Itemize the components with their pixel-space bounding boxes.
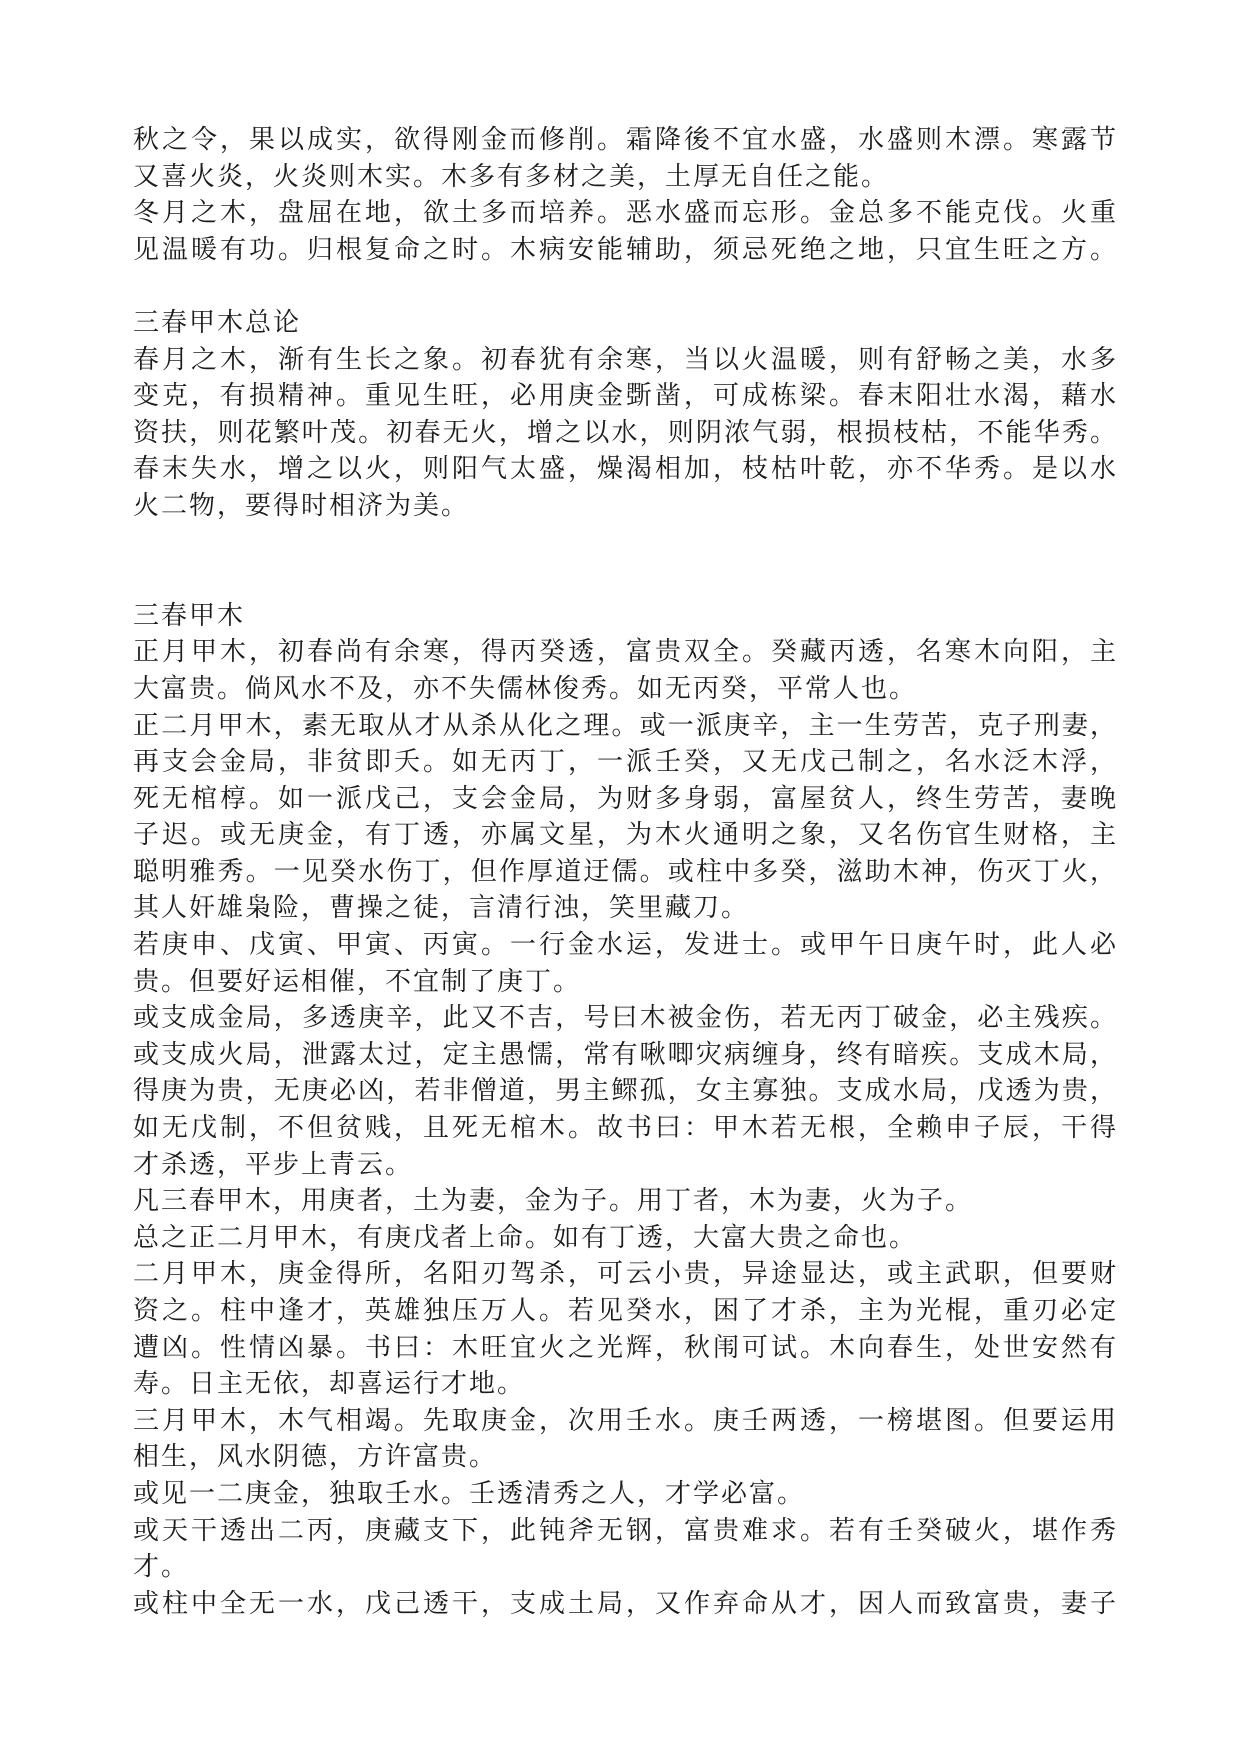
text-line: 才杀透，平步上青云。 bbox=[133, 1147, 1118, 1184]
text-line: 或见一二庚金，独取壬水。壬透清秀之人，才学必富。 bbox=[133, 1476, 1118, 1513]
paragraph: 冬月之木，盘屈在地，欲土多而培养。恶水盛而忘形。金总多不能克伐。火重见温暖有功。… bbox=[133, 195, 1118, 268]
paragraph: 若庚申、戊寅、甲寅、丙寅。一行金水运，发进士。或甲午日庚午时，此人必贵。但要好运… bbox=[133, 927, 1118, 1000]
text-line: 或支成金局，多透庚辛，此又不吉，号曰木被金伤，若无丙丁破金，必主残疾。 bbox=[133, 1000, 1118, 1037]
text-line: 遭凶。性情凶暴。书曰：木旺宜火之光辉，秋闱可试。木向春生，处世安然有 bbox=[133, 1330, 1118, 1367]
text-line: 或天干透出二丙，庚藏支下，此钝斧无钢，富贵难求。若有壬癸破火，堪作秀 bbox=[133, 1513, 1118, 1550]
text-line: 子迟。或无庚金，有丁透，亦属文星，为木火通明之象，又名伤官生财格，主 bbox=[133, 817, 1118, 854]
text-line: 凡三春甲木，用庚者，土为妻，金为子。用丁者，木为妻，火为子。 bbox=[133, 1183, 1118, 1220]
heading-line: 三春甲木 bbox=[133, 598, 1118, 635]
paragraph: 二月甲木，庚金得所，名阳刃驾杀，可云小贵，异途显达，或主武职，但要财资之。柱中逢… bbox=[133, 1256, 1118, 1402]
text-line: 三月甲木，木气相竭。先取庚金，次用壬水。庚壬两透，一榜堪图。但要运用 bbox=[133, 1403, 1118, 1440]
blank-line bbox=[133, 561, 1118, 598]
text-line: 秋之令，果以成实，欲得刚金而修削。霜降後不宜水盛，水盛则木漂。寒露节 bbox=[133, 122, 1118, 159]
text-line: 寿。日主无依，却喜运行才地。 bbox=[133, 1366, 1118, 1403]
text-line: 贵。但要好运相催，不宜制了庚丁。 bbox=[133, 964, 1118, 1001]
text-line: 或柱中全无一水，戊己透干，支成土局，又作弃命从才，因人而致富贵，妻子 bbox=[133, 1586, 1118, 1623]
text-line: 资扶，则花繁叶茂。初春无火，增之以水，则阴浓气弱，根损枝枯，不能华秀。 bbox=[133, 415, 1118, 452]
text-line: 大富贵。倘风水不及，亦不失儒林俊秀。如无丙癸，平常人也。 bbox=[133, 671, 1118, 708]
paragraph: 正月甲木，初春尚有余寒，得丙癸透，富贵双全。癸藏丙透，名寒木向阳，主大富贵。倘风… bbox=[133, 634, 1118, 707]
text-line: 其人奸雄枭险，曹操之徒，言清行浊，笑里藏刀。 bbox=[133, 890, 1118, 927]
text-line: 春月之木，渐有生长之象。初春犹有余寒，当以火温暖，则有舒畅之美，水多 bbox=[133, 342, 1118, 379]
text-line: 总之正二月甲木，有庚戊者上命。如有丁透，大富大贵之命也。 bbox=[133, 1220, 1118, 1257]
text-line: 再支会金局，非贫即夭。如无丙丁，一派壬癸，又无戊己制之，名水泛木浮， bbox=[133, 744, 1118, 781]
text-content: 秋之令，果以成实，欲得刚金而修削。霜降後不宜水盛，水盛则木漂。寒露节又喜火炎，火… bbox=[133, 122, 1118, 1622]
text-line: 火二物，要得时相济为美。 bbox=[133, 488, 1118, 525]
blank-line bbox=[133, 525, 1118, 562]
paragraph: 秋之令，果以成实，欲得刚金而修削。霜降後不宜水盛，水盛则木漂。寒露节又喜火炎，火… bbox=[133, 122, 1118, 195]
text-line: 资之。柱中逢才，英雄独压万人。若见癸水，困了才杀，主为光棍，重刃必定 bbox=[133, 1293, 1118, 1330]
paragraph: 或见一二庚金，独取壬水。壬透清秀之人，才学必富。 bbox=[133, 1476, 1118, 1513]
paragraph: 或柱中全无一水，戊己透干，支成土局，又作弃命从才，因人而致富贵，妻子 bbox=[133, 1586, 1118, 1623]
paragraph: 正二月甲木，素无取从才从杀从化之理。或一派庚辛，主一生劳苦，克子刑妻，再支会金局… bbox=[133, 708, 1118, 928]
text-line: 又喜火炎，火炎则木实。木多有多材之美，土厚无自任之能。 bbox=[133, 159, 1118, 196]
text-line: 变克，有损精神。重见生旺，必用庚金斲凿，可成栋梁。春末阳壮水渴，藉水 bbox=[133, 378, 1118, 415]
heading-line: 三春甲木总论 bbox=[133, 305, 1118, 342]
text-line: 聪明雅秀。一见癸水伤丁，但作厚道迂儒。或柱中多癸，滋助木神，伤灭丁火， bbox=[133, 854, 1118, 891]
document-page: 秋之令，果以成实，欲得刚金而修削。霜降後不宜水盛，水盛则木漂。寒露节又喜火炎，火… bbox=[0, 0, 1241, 1754]
section-heading: 三春甲木总论 bbox=[133, 305, 1118, 342]
section-heading: 三春甲木 bbox=[133, 598, 1118, 635]
paragraph: 三月甲木，木气相竭。先取庚金，次用壬水。庚壬两透，一榜堪图。但要运用相生，风水阴… bbox=[133, 1403, 1118, 1476]
text-line: 冬月之木，盘屈在地，欲土多而培养。恶水盛而忘形。金总多不能克伐。火重 bbox=[133, 195, 1118, 232]
text-line: 死无棺椁。如一派戊己，支会金局，为财多身弱，富屋贫人，终生劳苦，妻晚 bbox=[133, 781, 1118, 818]
text-line: 相生，风水阴德，方许富贵。 bbox=[133, 1439, 1118, 1476]
paragraph: 总之正二月甲木，有庚戊者上命。如有丁透，大富大贵之命也。 bbox=[133, 1220, 1118, 1257]
text-line: 得庚为贵，无庚必凶，若非僧道，男主鳏孤，女主寡独。支成水局，戊透为贵， bbox=[133, 1073, 1118, 1110]
blank-line bbox=[133, 268, 1118, 305]
text-line: 若庚申、戊寅、甲寅、丙寅。一行金水运，发进士。或甲午日庚午时，此人必 bbox=[133, 927, 1118, 964]
text-line: 二月甲木，庚金得所，名阳刃驾杀，可云小贵，异途显达，或主武职，但要财 bbox=[133, 1256, 1118, 1293]
text-line: 春末失水，增之以火，则阳气太盛，燥渴相加，枝枯叶乾，亦不华秀。是以水 bbox=[133, 451, 1118, 488]
text-line: 才。 bbox=[133, 1549, 1118, 1586]
paragraph: 凡三春甲木，用庚者，土为妻，金为子。用丁者，木为妻，火为子。 bbox=[133, 1183, 1118, 1220]
text-line: 如无戊制，不但贫贱，且死无棺木。故书曰：甲木若无根，全赖申子辰，干得 bbox=[133, 1110, 1118, 1147]
text-line: 见温暖有功。归根复命之时。木病安能辅助，须忌死绝之地，只宜生旺之方。 bbox=[133, 232, 1118, 269]
text-line: 或支成火局，泄露太过，定主愚懦，常有啾唧灾病缠身，终有暗疾。支成木局， bbox=[133, 1037, 1118, 1074]
text-line: 正二月甲木，素无取从才从杀从化之理。或一派庚辛，主一生劳苦，克子刑妻， bbox=[133, 708, 1118, 745]
text-line: 正月甲木，初春尚有余寒，得丙癸透，富贵双全。癸藏丙透，名寒木向阳，主 bbox=[133, 634, 1118, 671]
paragraph: 或支成金局，多透庚辛，此又不吉，号曰木被金伤，若无丙丁破金，必主残疾。或支成火局… bbox=[133, 1000, 1118, 1183]
paragraph: 春月之木，渐有生长之象。初春犹有余寒，当以火温暖，则有舒畅之美，水多变克，有损精… bbox=[133, 342, 1118, 525]
paragraph: 或天干透出二丙，庚藏支下，此钝斧无钢，富贵难求。若有壬癸破火，堪作秀才。 bbox=[133, 1513, 1118, 1586]
